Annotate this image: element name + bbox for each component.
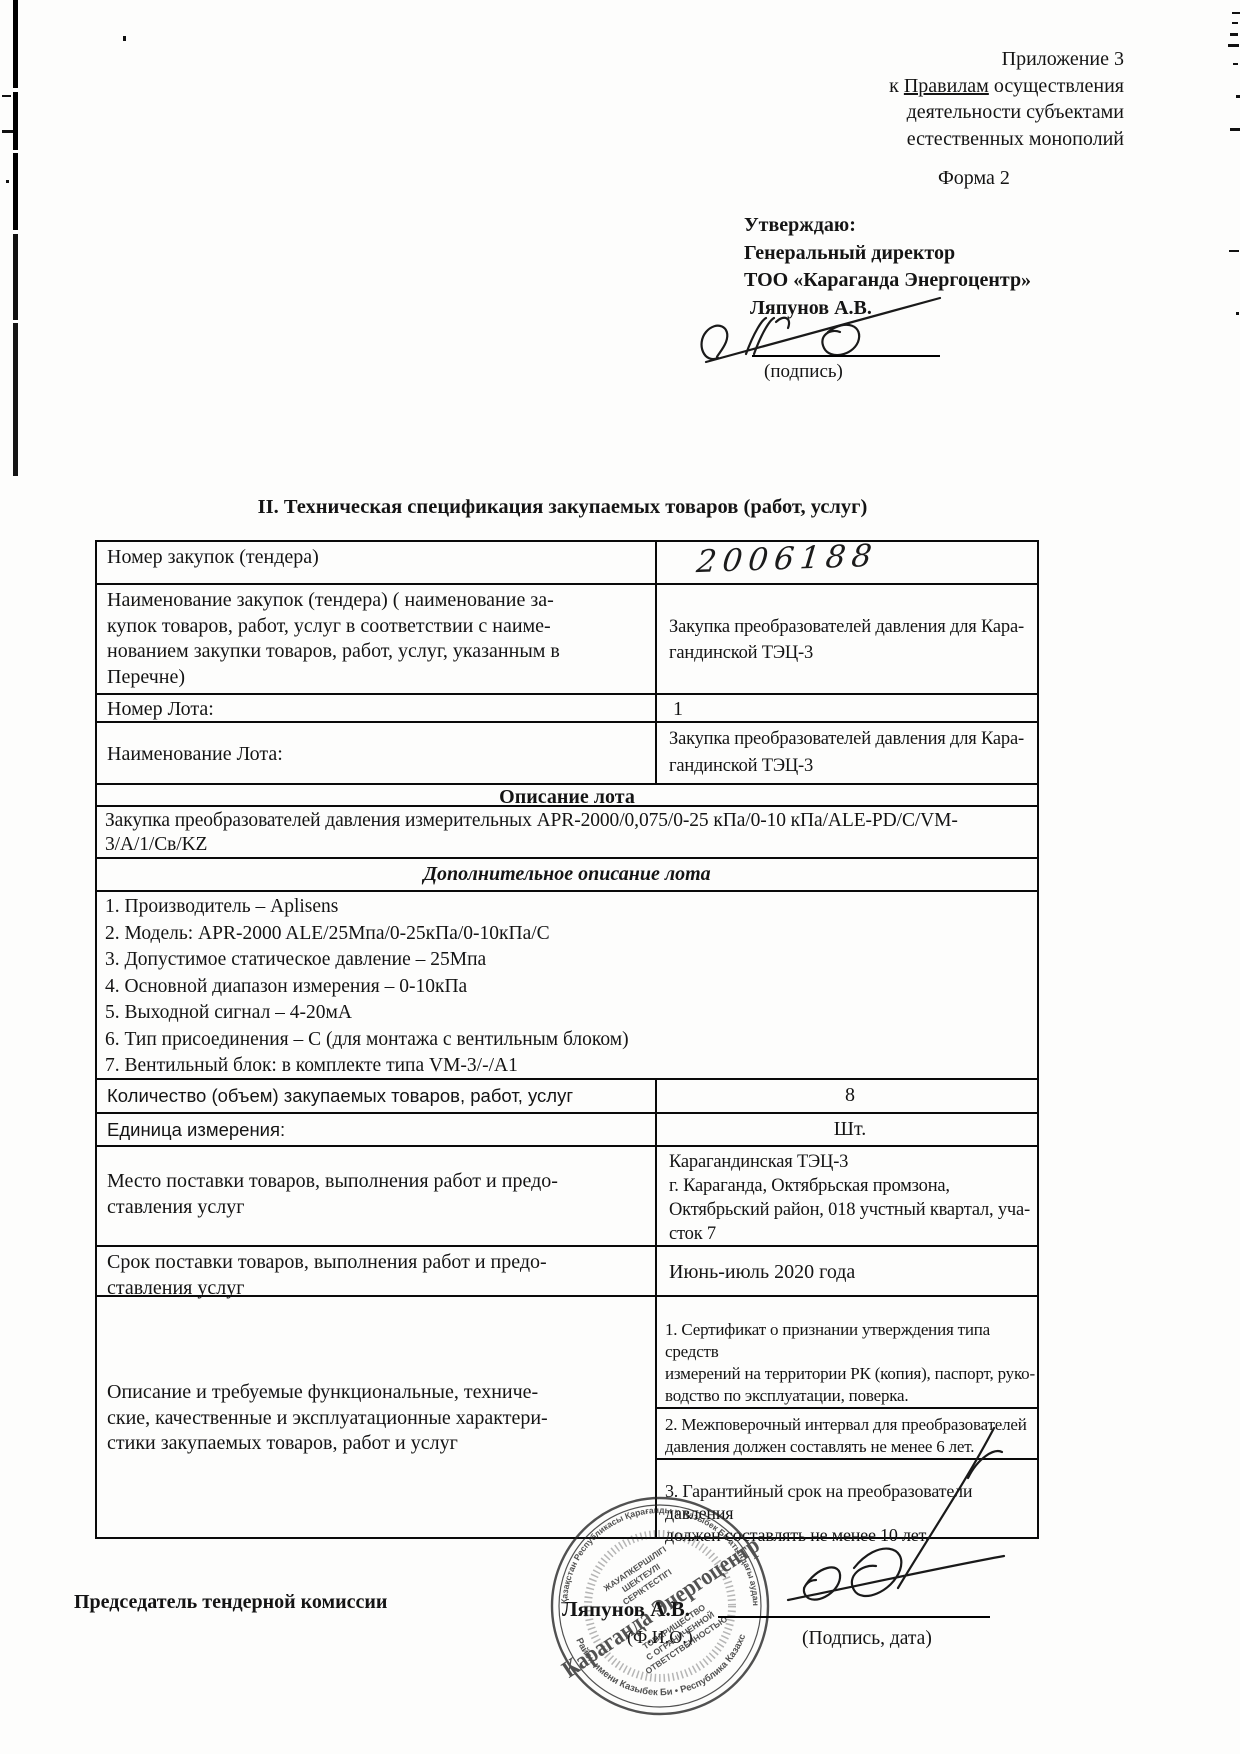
table-row-lot-description-header: Описание лота: [97, 785, 1037, 807]
lot-description-text: Закупка преобразователей давления измери…: [97, 807, 1037, 857]
appendix-line-2-prefix: к: [889, 75, 904, 97]
scan-artifact-dash: [1230, 128, 1240, 131]
scan-artifact-dash: [1233, 63, 1238, 65]
tender-name-value: Закупка преобразователей давления для Ка…: [669, 615, 1024, 666]
table-row-delivery-place: Место поставки товаров, выполнения работ…: [97, 1147, 1037, 1247]
additional-description-header: Дополнительное описание лота: [97, 859, 1037, 890]
scan-artifact-speck: [6, 180, 9, 183]
table-row-additional-header: Дополнительное описание лота: [97, 859, 1037, 892]
quantity-label: Количество (объем) закупаемых товаров, р…: [97, 1080, 657, 1112]
document-title: II. Техническая спецификация закупаемых …: [0, 496, 1125, 519]
scan-artifact-dash: [1229, 250, 1239, 252]
delivery-place-label: Место поставки товаров, выполнения работ…: [97, 1147, 657, 1245]
appendix-line-4: естественных монополий: [700, 126, 1124, 153]
approval-signature-line: [752, 355, 940, 357]
tender-number-cell: 2006188: [657, 542, 1037, 583]
tender-name-cell: Закупка преобразователей давления для Ка…: [657, 585, 1037, 693]
quantity-value: 8: [657, 1080, 1037, 1112]
chairman-label: Председатель тендерной комиссии: [74, 1591, 387, 1614]
scan-artifact-speck: [123, 36, 126, 41]
tender-number-handwritten-value: 2006188: [695, 544, 879, 576]
appendix-line-3: деятельности субъектами: [700, 99, 1124, 126]
table-row-lot-description: Закупка преобразователей давления измери…: [97, 807, 1037, 859]
delivery-place-value: Карагандинская ТЭЦ-3 г. Караганда, Октяб…: [657, 1147, 1037, 1245]
scanned-document-page: Приложение 3 к Правилам осуществления де…: [0, 0, 1240, 1754]
table-row-unit: Единица измерения: Шт.: [97, 1114, 1037, 1147]
approval-company: ТОО «Караганда Энергоцентр»: [744, 267, 1031, 295]
appendix-line-2-underlined: Правилам: [904, 75, 989, 97]
delivery-term-label: Срок поставки товаров, выполнения работ …: [97, 1247, 657, 1295]
appendix-line-1: Приложение 3: [700, 46, 1124, 73]
table-row-tender-number: Номер закупок (тендера) 2006188: [97, 542, 1037, 585]
lot-description-header: Описание лота: [97, 785, 1037, 805]
table-row-lot-number: Номер Лота: 1: [97, 695, 1037, 723]
appendix-line-2: к Правилам осуществления: [700, 73, 1124, 100]
table-row-tender-name: Наименование закупок (тендера) ( наимено…: [97, 585, 1037, 695]
lot-name-value: Закупка преобразователей давления для Ка…: [669, 729, 1024, 776]
scan-artifact-dash: [2, 130, 13, 133]
unit-label: Единица измерения:: [97, 1114, 657, 1145]
lot-name-label: Наименование Лота:: [97, 723, 657, 783]
table-row-quantity: Количество (объем) закупаемых товаров, р…: [97, 1080, 1037, 1114]
scan-artifact-dash: [1232, 22, 1238, 24]
tender-name-label: Наименование закупок (тендера) ( наимено…: [97, 585, 657, 693]
tender-number-label: Номер закупок (тендера): [97, 542, 657, 583]
scan-artifact-speck: [1236, 312, 1239, 315]
requirement-item-1: 1. Сертификат о признании утверждения ти…: [657, 1297, 1037, 1409]
unit-value: Шт.: [657, 1114, 1037, 1145]
delivery-term-cell: Июнь-июль 2020 года: [657, 1247, 1037, 1295]
approval-signature-caption: (подпись): [764, 361, 843, 383]
specification-table: Номер закупок (тендера) 2006188 Наименов…: [95, 540, 1039, 1539]
table-row-additional-items: 1. Производитель – Aplisens 2. Модель: A…: [97, 892, 1037, 1080]
scan-artifact-left-edge-bar: [13, 0, 18, 476]
form-number-label: Форма 2: [938, 167, 1010, 190]
company-round-stamp: Қазақстан Республикасы Қарағанды қ. Қазы…: [548, 1494, 772, 1718]
scan-artifact-dash: [1228, 44, 1239, 47]
table-row-delivery-term: Срок поставки товаров, выполнения работ …: [97, 1247, 1037, 1297]
chairman-signature-handwriting: [758, 1418, 1018, 1628]
chairman-signature-caption: (Подпись, дата): [802, 1628, 932, 1650]
table-row-lot-name: Наименование Лота: Закупка преобразовате…: [97, 723, 1037, 785]
approval-title: Утверждаю:: [744, 212, 1031, 240]
appendix-note: Приложение 3 к Правилам осуществления де…: [700, 46, 1124, 152]
scan-artifact-speck: [1236, 95, 1240, 98]
delivery-term-value: Июнь-июль 2020 года: [669, 1260, 855, 1286]
lot-name-cell: Закупка преобразователей давления для Ка…: [657, 723, 1037, 783]
approval-position: Генеральный директор: [744, 240, 1031, 268]
scan-artifact-dash: [1232, 12, 1240, 14]
scan-artifact-dash: [2, 95, 11, 97]
scan-artifact-dash: [1230, 33, 1238, 36]
lot-number-label: Номер Лота:: [97, 695, 657, 721]
additional-items-list: 1. Производитель – Aplisens 2. Модель: A…: [97, 892, 1037, 1078]
lot-number-value: 1: [657, 695, 1037, 721]
appendix-line-2-suffix: осуществления: [989, 75, 1124, 97]
